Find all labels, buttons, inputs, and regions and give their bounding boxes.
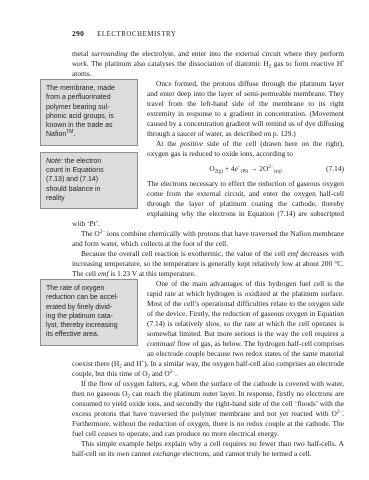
margin-note-text: The membrane, madefrom a perfluorinatedp… [46, 85, 115, 138]
margin-note-electron-count: Note: the electroncount in Equations(7.1… [40, 152, 138, 209]
book-page: 290ELECTROCHEMISTRY metal surrounding th… [0, 0, 369, 480]
margin-note-oxygen-rate: The rate of oxygenreduction can be accel… [40, 279, 138, 346]
running-head-title: ELECTROCHEMISTRY [97, 31, 176, 38]
body-paragraph-8: If the flow of oxygen falters, e.g. when… [72, 379, 344, 439]
margin-note-text: The rate of oxygenreduction can be accel… [46, 285, 118, 338]
chemical-equation: O2(g) + 4e−(Pt) → 2O2−(aq) (7.14) [72, 164, 344, 174]
equation-number: (7.14) [326, 164, 344, 174]
body-paragraph-9: This simple example helps explain why a … [72, 439, 344, 459]
equation-formula: O2(g) + 4e−(Pt) → 2O2−(aq) [209, 164, 281, 173]
running-header: 290ELECTROCHEMISTRY [72, 30, 344, 39]
body-paragraph-6: Because the overall cell reaction is exo… [72, 249, 344, 279]
body-paragraph-5: The O2− ions combine chemically with pro… [72, 229, 344, 249]
margin-note-membrane: The membrane, madefrom a perfluorinatedp… [40, 79, 138, 146]
page-number: 290 [72, 29, 84, 38]
body-text-column: metal surrounding the electrolyte, and e… [72, 49, 344, 459]
body-paragraph-1: metal surrounding the electrolyte, and e… [72, 49, 344, 79]
